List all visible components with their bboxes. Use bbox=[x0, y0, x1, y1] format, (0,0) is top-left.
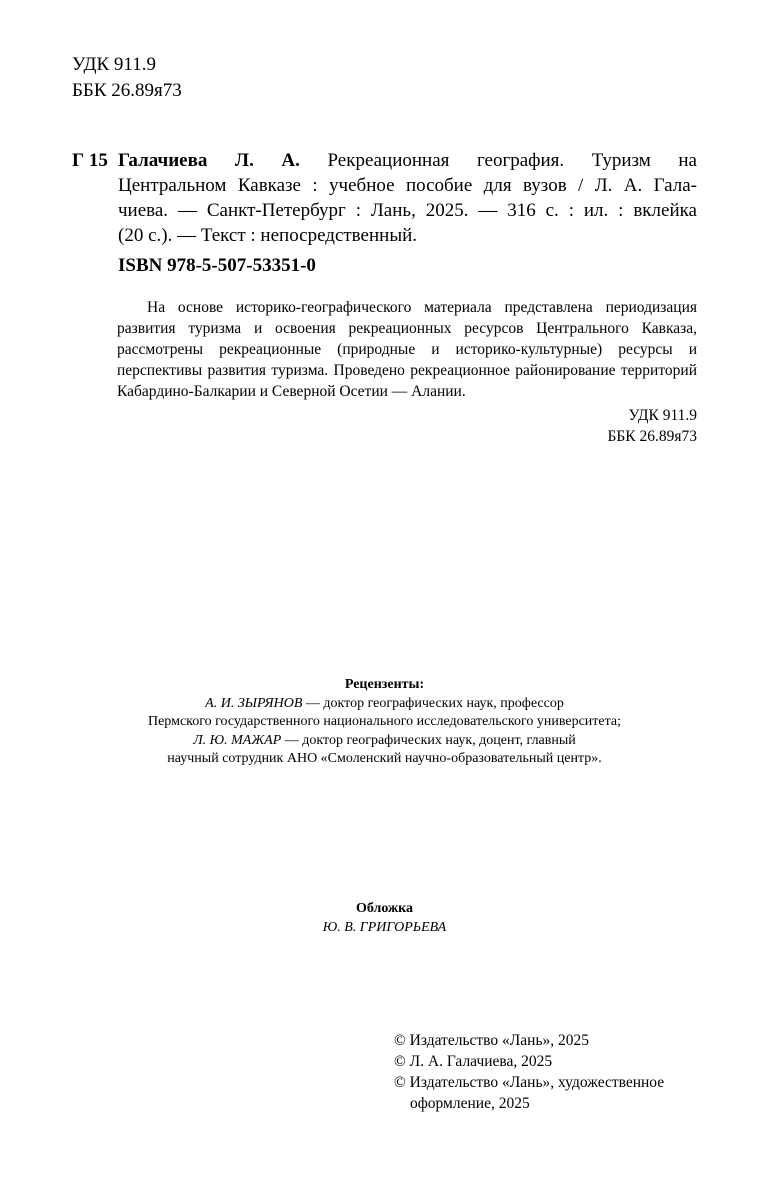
copyright-block: © Издательство «Лань», 2025 © Л. А. Гала… bbox=[394, 1030, 710, 1114]
bbk-code-bottom: ББК 26.89я73 bbox=[607, 426, 697, 447]
annotation-text: На основе историко-географического матер… bbox=[117, 297, 697, 402]
entry-title: Рекреационная география. Туризм на bbox=[300, 150, 697, 171]
author-code: Г 15 bbox=[72, 148, 108, 173]
entry-line-2: Центральном Кавказе : учебное пособие дл… bbox=[118, 173, 697, 198]
copyright-line: © Издательство «Лань», художественное оф… bbox=[394, 1072, 710, 1114]
reviewer-2-desc: — доктор географических наук, доцент, гл… bbox=[281, 733, 576, 748]
cover-designer: Ю. В. ГРИГОРЬЕВА bbox=[0, 919, 769, 938]
isbn: ISBN 978-5-507-53351-0 bbox=[118, 255, 316, 277]
udk-code-bottom: УДК 911.9 bbox=[607, 405, 697, 426]
bbk-code: ББК 26.89я73 bbox=[72, 78, 182, 104]
cover-heading: Обложка bbox=[0, 900, 769, 919]
entry-body: Галачиева Л. А. Рекреационная география.… bbox=[118, 148, 697, 248]
copyright-line: © Издательство «Лань», 2025 bbox=[394, 1030, 710, 1051]
udk-code: УДК 911.9 bbox=[72, 52, 182, 78]
reviewer-1: А. И. ЗЫРЯНОВ — доктор географических на… bbox=[0, 695, 769, 714]
reviewers-heading: Рецензенты: bbox=[0, 676, 769, 695]
entry-author: Галачиева Л. А. bbox=[118, 150, 300, 171]
top-classification-codes: УДК 911.9 ББК 26.89я73 bbox=[72, 52, 182, 104]
bibliographic-entry: Г 15 Галачиева Л. А. Рекреационная геогр… bbox=[72, 148, 697, 248]
reviewer-1-affiliation: Пермского государственного национального… bbox=[0, 713, 769, 732]
bottom-classification-codes: УДК 911.9 ББК 26.89я73 bbox=[607, 405, 697, 447]
reviewer-2-name: Л. Ю. МАЖАР bbox=[193, 733, 281, 748]
entry-line-4: (20 с.). — Текст : непосредственный. bbox=[118, 223, 697, 248]
entry-line-1: Галачиева Л. А. Рекреационная география.… bbox=[118, 148, 697, 173]
cover-credit: Обложка Ю. В. ГРИГОРЬЕВА bbox=[0, 900, 769, 937]
reviewers-block: Рецензенты: А. И. ЗЫРЯНОВ — доктор геогр… bbox=[0, 676, 769, 769]
reviewer-1-name: А. И. ЗЫРЯНОВ bbox=[205, 696, 302, 711]
reviewer-1-desc: — доктор географических наук, профессор bbox=[302, 696, 563, 711]
reviewer-2: Л. Ю. МАЖАР — доктор географических наук… bbox=[0, 732, 769, 751]
reviewer-2-affiliation: научный сотрудник АНО «Смоленский научно… bbox=[0, 750, 769, 769]
annotation: На основе историко-географического матер… bbox=[117, 297, 697, 402]
copyright-line: © Л. А. Галачиева, 2025 bbox=[394, 1051, 710, 1072]
entry-line-3: чиева. — Санкт-Петербург : Лань, 2025. —… bbox=[118, 198, 697, 223]
